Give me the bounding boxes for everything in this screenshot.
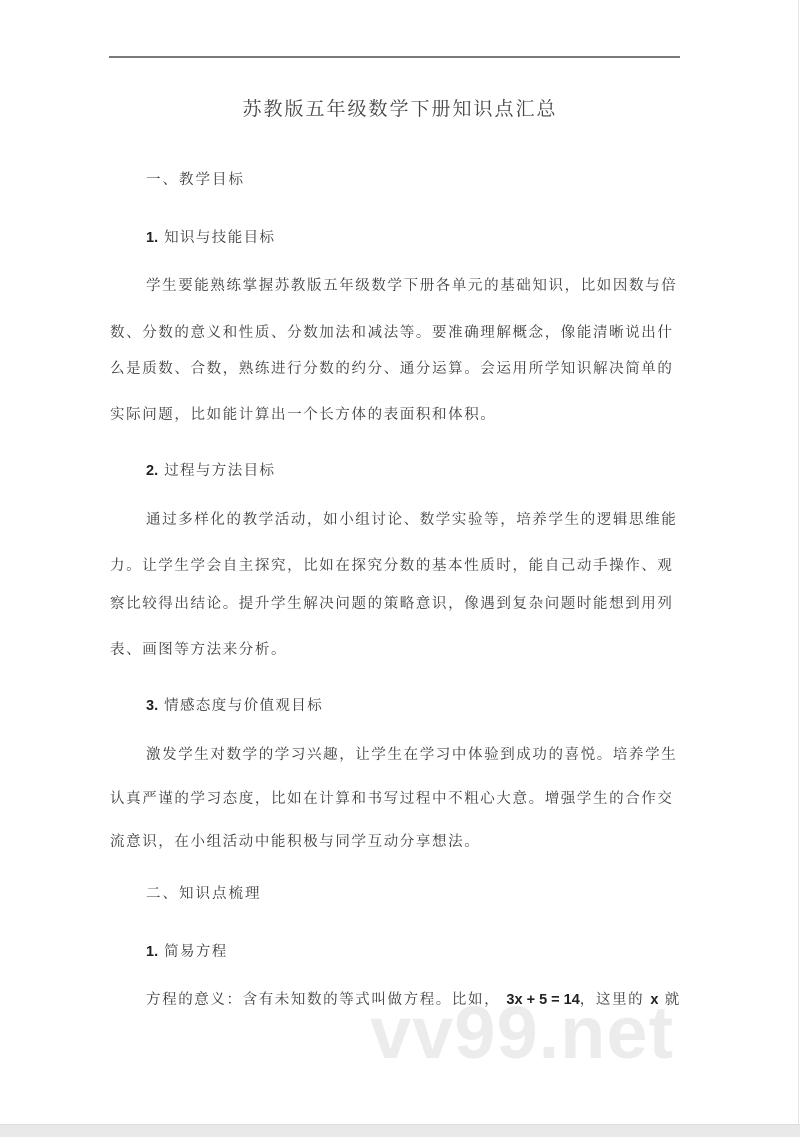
subsection-number: 2. (146, 463, 158, 479)
paragraph-line: 表、画图等方法来分析。 (110, 638, 287, 659)
paragraph-line: 通过多样化的教学活动，如小组讨论、数学实验等，培养学生的逻辑思维能 (146, 508, 677, 529)
paragraph-line: 流意识，在小组活动中能积极与同学互动分享想法。 (110, 830, 480, 851)
subsection-heading: 1. 简易方程 (146, 940, 228, 961)
paragraph-line: 察比较得出结论。提升学生解决问题的策略意识，像遇到复杂问题时能想到用列 (110, 592, 674, 613)
paragraph-line: 激发学生对数学的学习兴趣，让学生在学习中体验到成功的喜悦。培养学生 (146, 743, 677, 764)
document-title: 苏教版五年级数学下册知识点汇总 (0, 94, 800, 121)
subsection-number: 3. (146, 698, 158, 714)
paragraph-line: 学生要能熟练掌握苏教版五年级数学下册各单元的基础知识，比如因数与倍 (146, 274, 677, 295)
subsection-title: 过程与方法目标 (164, 463, 275, 479)
section-heading: 二、知识点梳理 (146, 882, 262, 903)
subsection-number: 1. (146, 944, 158, 960)
paragraph-line: 么是质数、合数，熟练进行分数的约分、通分运算。会运用所学知识解决简单的 (110, 357, 674, 378)
document-page: 苏教版五年级数学下册知识点汇总 一、教学目标 1. 知识与技能目标 学生要能熟练… (0, 0, 799, 1124)
paragraph-line: 力。让学生学会自主探究，比如在探究分数的基本性质时，能自己动手操作、观 (110, 554, 674, 575)
paragraph-line: 认真严谨的学习态度，比如在计算和书写过程中不粗心大意。增强学生的合作交 (110, 787, 674, 808)
subsection-number: 1. (146, 230, 158, 246)
paragraph-line: 实际问题，比如能计算出一个长方体的表面积和体积。 (110, 403, 496, 424)
watermark: vv99.net (370, 990, 674, 1075)
subsection-title: 简易方程 (164, 944, 228, 960)
header-rule (109, 56, 680, 58)
subsection-heading: 2. 过程与方法目标 (146, 459, 275, 480)
subsection-heading: 1. 知识与技能目标 (146, 226, 275, 247)
subsection-heading: 3. 情感态度与价值观目标 (146, 694, 323, 715)
section-heading: 一、教学目标 (146, 168, 245, 189)
page-bottom-edge (0, 1124, 800, 1137)
subsection-title: 情感态度与价值观目标 (164, 698, 323, 714)
paragraph-line: 数、分数的意义和性质、分数加法和减法等。要准确理解概念，像能清晰说出什 (110, 321, 674, 342)
subsection-title: 知识与技能目标 (164, 230, 275, 246)
